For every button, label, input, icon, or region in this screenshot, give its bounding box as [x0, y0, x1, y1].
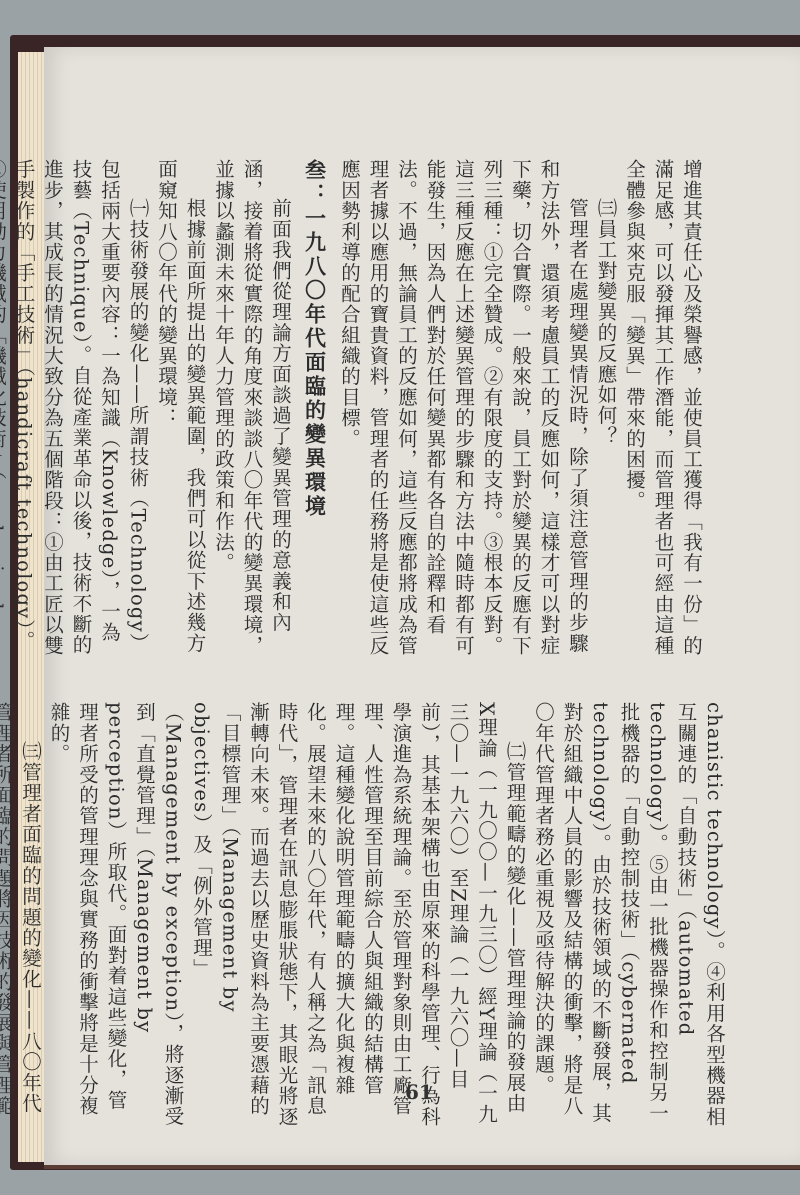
paragraph-employee-reaction: 管理者在處理變異情況時，除了須注意管理的步驟和方法外，還須考慮員工的反應如何，這… — [335, 159, 592, 659]
subheading-employee-reaction: ㈢員工對變異的反應如何？ — [591, 159, 620, 659]
page-number: 61 — [405, 1080, 433, 1104]
top-text-block: 增進其責任心及榮譽感，並使員工獲得「我有一份」的滿足感，可以發揮其工作潛能，而管… — [0, 159, 705, 659]
paragraph-technology: ㈠技術發展的變化——所謂技術（Technology）包括兩大重要內容：一為知識（… — [0, 159, 152, 659]
book-page: 增進其責任心及榮譽感，並使員工獲得「我有一份」的滿足感，可以發揮其工作潛能，而管… — [44, 47, 800, 1165]
paragraph-intro: 前面我們從理論方面談過了變異管理的意義和內涵，接着將從實際的角度來談談八〇年代的… — [209, 159, 295, 659]
bottom-text-block: chanistic technology）。④利用各型機器相互關連的「自動技術」… — [0, 702, 728, 1127]
page-bottom-edge — [44, 1165, 800, 1169]
paragraph-manager-problems: ㈢管理者面臨的問題的變化——八〇年代管理者所面臨的問題將因技術的發展與管理範圍的… — [0, 702, 44, 1127]
paragraph-technology-cont: chanistic technology）。④利用各型機器相互關連的「自動技術」… — [529, 702, 729, 1127]
paragraph-management-scope: ㈡管理範疇的變化——管理理論的發展由X理論（一九〇〇—一九三〇）經Y理論（一九三… — [44, 702, 529, 1127]
section-heading: 叁：一九八〇年代面臨的變異環境 — [300, 159, 329, 659]
paragraph-scope: 根據前面所提出的變異範圍，我們可以從下述幾方面窺知八〇年代的變異環境： — [152, 159, 209, 659]
paragraph-continuation: 增進其責任心及榮譽感，並使員工獲得「我有一份」的滿足感，可以發揮其工作潛能，而管… — [620, 159, 706, 659]
